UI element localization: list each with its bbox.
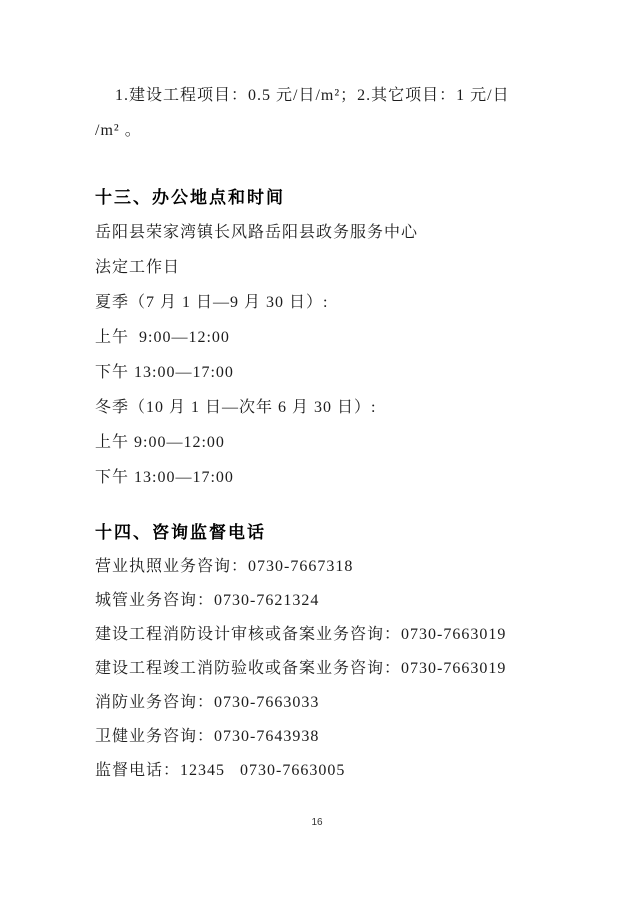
page-number: 16 xyxy=(0,817,634,828)
fire-acceptance-phone-line: 建设工程竣工消防验收或备案业务咨询：0730-7663019 xyxy=(95,652,550,686)
office-address-line: 岳阳县荣家湾镇长风路岳阳县政务服务中心 xyxy=(95,215,550,250)
section-13-body: 岳阳县荣家湾镇长风路岳阳县政务服务中心 法定工作日 夏季（7 月 1 日—9 月… xyxy=(95,215,550,495)
section-14-heading: 十四、咨询监督电话 xyxy=(95,515,550,550)
fire-service-phone-line: 消防业务咨询：0730-7663033 xyxy=(95,686,550,720)
urban-management-phone-line: 城管业务咨询：0730-7621324 xyxy=(95,584,550,618)
winter-afternoon-hours-line: 下午 13:00—17:00 xyxy=(95,460,550,495)
fire-design-review-phone-line: 建设工程消防设计审核或备案业务咨询：0730-7663019 xyxy=(95,618,550,652)
supervision-phone-line: 监督电话：12345 0730-7663005 xyxy=(95,754,550,788)
winter-period-line: 冬季（10 月 1 日—次年 6 月 30 日）: xyxy=(95,390,550,425)
summer-afternoon-hours-line: 下午 13:00—17:00 xyxy=(95,355,550,390)
summer-morning-hours-line: 上午 9:00—12:00 xyxy=(95,320,550,355)
business-license-phone-line: 营业执照业务咨询：0730-7667318 xyxy=(95,550,550,584)
fee-paragraph-line-2: /m² 。 xyxy=(95,113,550,148)
section-14-body: 营业执照业务咨询：0730-7667318 城管业务咨询：0730-762132… xyxy=(95,550,550,788)
workday-line: 法定工作日 xyxy=(95,250,550,285)
section-13-heading: 十三、办公地点和时间 xyxy=(95,180,550,215)
health-service-phone-line: 卫健业务咨询：0730-7643938 xyxy=(95,720,550,754)
fee-paragraph-line-1: 1.建设工程项目：0.5 元/日/m²；2.其它项目：1 元/日 xyxy=(95,78,550,113)
summer-period-line: 夏季（7 月 1 日—9 月 30 日）: xyxy=(95,285,550,320)
document-page: 1.建设工程项目：0.5 元/日/m²；2.其它项目：1 元/日 /m² 。 十… xyxy=(0,0,634,898)
winter-morning-hours-line: 上午 9:00—12:00 xyxy=(95,425,550,460)
document-body: 1.建设工程项目：0.5 元/日/m²；2.其它项目：1 元/日 /m² 。 十… xyxy=(95,78,550,788)
